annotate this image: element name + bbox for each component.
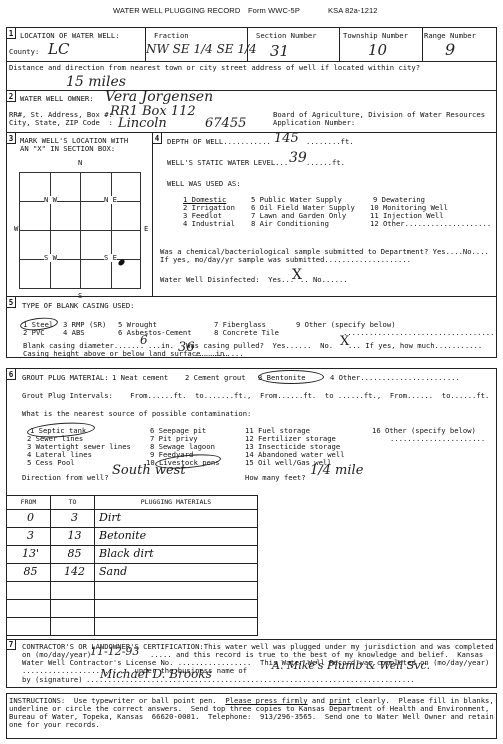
casing-type-label: TYPE OF BLANK CASING USED: (22, 302, 135, 310)
use-option-industrial[interactable]: 4 Industrial (183, 220, 235, 228)
section-number: 3 (7, 133, 16, 144)
section-number-label: Section Number (256, 32, 317, 40)
fraction-field[interactable]: NW SE 1/4 SE 1/4 (146, 43, 257, 57)
from-cell[interactable]: 3 (7, 528, 51, 546)
casing-height-unit: .....in. (194, 350, 229, 358)
static-level-unit: ......ft. (306, 159, 345, 167)
compass-e: E (144, 225, 148, 233)
section-grid[interactable] (19, 172, 141, 289)
township-label: Township Number (343, 32, 408, 40)
signature-field[interactable]: Michael D. Brooks (100, 668, 212, 682)
bentonite-circle-mark (258, 370, 324, 384)
table-row (7, 600, 258, 618)
table-row (7, 618, 258, 636)
casing-height-field[interactable]: 36 (178, 341, 195, 356)
source-other-field[interactable]: ...................... (390, 435, 485, 443)
table-row: 13' 85 Black dirt (7, 546, 258, 564)
quadrant-ne: N E (104, 196, 117, 204)
material-cell[interactable]: Sand (95, 564, 258, 582)
distance-label: Distance and direction from nearest town… (9, 64, 420, 72)
section-number: 7 (7, 639, 16, 650)
owner-field[interactable]: Vera Jorgensen (105, 89, 213, 105)
from-cell[interactable]: 0 (7, 510, 51, 528)
depth-label: DEPTH OF WELL........... (167, 138, 271, 146)
material-cell[interactable] (95, 582, 258, 600)
casing-option-pvc[interactable]: 2 PVC (23, 329, 45, 337)
material-cell[interactable]: Dirt (95, 510, 258, 528)
to-cell[interactable]: 13 (51, 528, 95, 546)
table-row (7, 582, 258, 600)
casing-option-abs[interactable]: 4 ABS (63, 329, 85, 337)
quadrant-nw: N W (44, 196, 57, 204)
disinfected-label: Water Well Disinfected: Yes... (160, 276, 294, 284)
sample-date-label: If yes, mo/day/yr sample was submitted..… (160, 256, 411, 264)
col-materials: PLUGGING MATERIALS (95, 496, 258, 510)
zip-field[interactable]: 67455 (205, 117, 246, 132)
business-name-field[interactable]: A. Mike's Plumb & Well Svc. (272, 660, 430, 673)
table-row: 85 142 Sand (7, 564, 258, 582)
direction-label: Direction from well? (22, 474, 109, 482)
from-cell[interactable] (7, 600, 51, 618)
casing-other-field[interactable]: ................................... (343, 329, 494, 337)
plugging-materials-table: FROM TO PLUGGING MATERIALS 0 3 Dirt 3 13… (6, 495, 258, 636)
material-cell[interactable]: Betonite (95, 528, 258, 546)
from-cell[interactable] (7, 582, 51, 600)
county-field[interactable]: LC (48, 41, 69, 58)
casing-pulled-rest: ... If yes, how much........... (348, 342, 482, 350)
form-title: WATER WELL PLUGGING RECORD (113, 7, 240, 16)
table-row: 0 3 Dirt (7, 510, 258, 528)
material-cell[interactable]: Black dirt (95, 546, 258, 564)
county-label: County: (9, 48, 39, 56)
to-cell[interactable] (51, 582, 95, 600)
compass-w: W (14, 225, 18, 233)
to-cell[interactable]: 142 (51, 564, 95, 582)
use-option-air-conditioning[interactable]: 8 Air Conditioning (251, 220, 329, 228)
material-cell[interactable] (95, 600, 258, 618)
to-cell[interactable] (51, 618, 95, 636)
feet-label: How many feet? (245, 474, 306, 482)
quadrant-sw: S W (44, 254, 57, 262)
disinfected-no[interactable]: .. No...... (300, 276, 348, 284)
casing-option-concrete[interactable]: 8 Concrete Tile (214, 329, 279, 337)
completion-date-field[interactable]: 11-12-93 (90, 646, 139, 659)
section-number: 5 (7, 297, 16, 308)
source-cess-pool[interactable]: 5 Cess Pool (27, 459, 75, 467)
city-field[interactable]: Lincoln (118, 117, 167, 132)
grout-option-other[interactable]: 4 Other....................... (330, 374, 460, 382)
diameter-field[interactable]: 6 (140, 334, 148, 348)
fraction-label: Fraction (154, 32, 189, 40)
section-number: 6 (7, 369, 16, 380)
feet-field[interactable]: 1/4 mile (310, 464, 363, 479)
city-label: City, State, ZIP Code : (9, 119, 113, 127)
grout-material-label: GROUT PLUG MATERIAL: (22, 374, 109, 382)
used-as-label: WELL WAS USED AS: (167, 180, 241, 188)
range-field[interactable]: 9 (445, 41, 455, 59)
township-field[interactable]: 10 (368, 42, 387, 59)
to-cell[interactable] (51, 600, 95, 618)
section-number: 2 (7, 91, 16, 102)
table-row: 3 13 Betonite (7, 528, 258, 546)
col-to: TO (51, 496, 95, 510)
grout-option-neat-cement[interactable]: 1 Neat cement (112, 374, 168, 382)
depth-unit: ........ft. (306, 138, 354, 146)
from-cell[interactable] (7, 618, 51, 636)
contamination-label: What is the nearest source of possible c… (22, 410, 251, 418)
to-cell[interactable]: 3 (51, 510, 95, 528)
col-from: FROM (7, 496, 51, 510)
application-label: Application Number: (273, 119, 355, 127)
section-number-field[interactable]: 31 (270, 43, 289, 60)
static-level-label: WELL'S STATIC WATER LEVEL... (167, 159, 288, 167)
signature-label: by (signature) (22, 676, 87, 684)
depth-field[interactable]: 145 (274, 132, 299, 147)
section-number: 4 (153, 133, 162, 144)
to-cell[interactable]: 85 (51, 546, 95, 564)
casing-option-asbestos[interactable]: 6 Asbestos-Cement (118, 329, 192, 337)
form-number: Form WWC-5P (248, 7, 300, 16)
use-option-other[interactable]: 12 Other.................... (370, 220, 491, 228)
ksa-reference: KSA 82a-1212 (328, 7, 378, 16)
from-cell[interactable]: 85 (7, 564, 51, 582)
material-cell[interactable] (95, 618, 258, 636)
from-cell[interactable]: 13' (7, 546, 51, 564)
section-number: 1 (7, 28, 16, 39)
mark-location-label-2: AN "X" IN SECTION BOX: (20, 145, 115, 153)
grout-option-cement-grout[interactable]: 2 Cement grout (185, 374, 246, 382)
instructions-line-4: one for your records. (9, 721, 100, 729)
static-level-field[interactable]: 39 (289, 150, 307, 166)
quadrant-se: S E (104, 254, 117, 262)
location-label: LOCATION OF WATER WELL: (20, 32, 120, 40)
direction-field[interactable]: South west (112, 464, 186, 479)
grout-intervals[interactable]: Grout Plug Intervals: From......ft. to..… (22, 392, 489, 400)
owner-label: WATER WELL OWNER: (20, 95, 94, 103)
distance-field[interactable]: 15 miles (66, 74, 126, 90)
compass-n: N (78, 159, 82, 167)
